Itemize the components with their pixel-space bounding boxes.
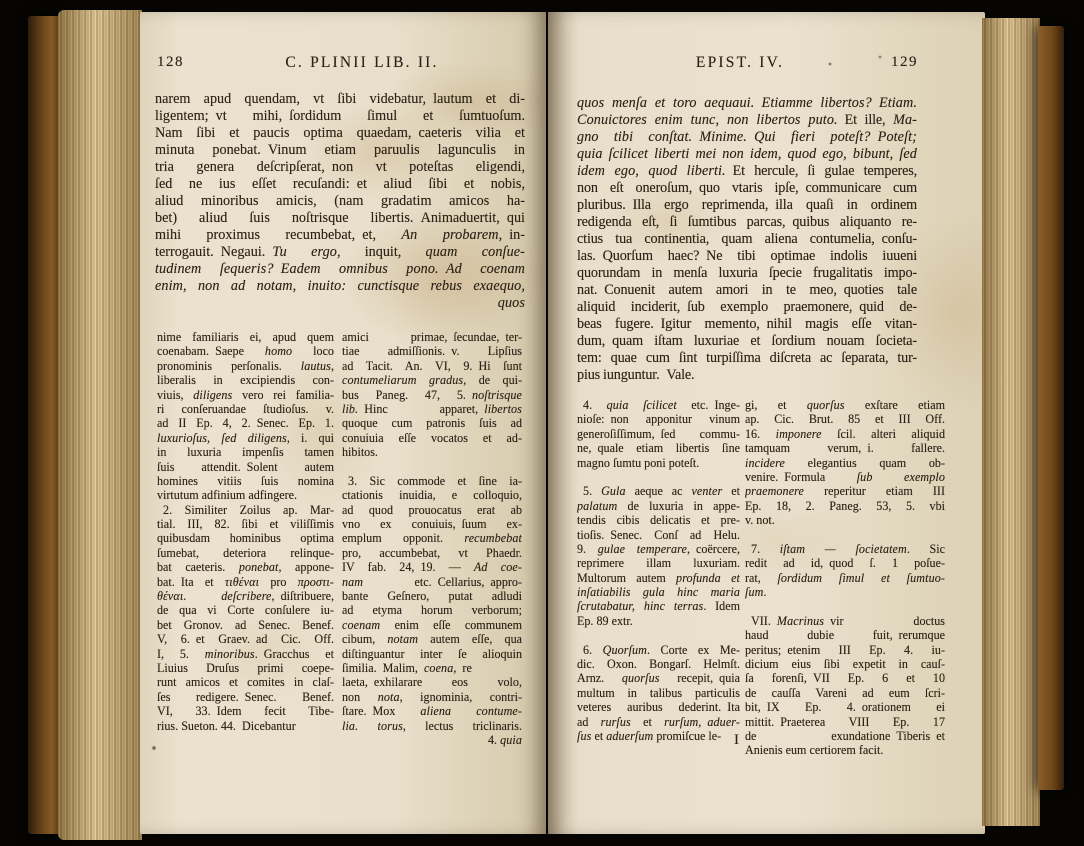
left-folio-number: 128 bbox=[157, 54, 184, 71]
text-line: praemonere reperitur etiam III bbox=[745, 484, 945, 498]
text-line: hibitos. bbox=[342, 445, 522, 459]
right-running-title: EPIST. IV. bbox=[696, 54, 784, 72]
text-line: 5. Gula aeque ac venter et bbox=[577, 484, 740, 498]
text-line: liberalis in excipiendis con- bbox=[157, 373, 334, 387]
text-line: ſa forenſi, VII Ep. 6 et 10 bbox=[745, 671, 945, 685]
text-line: redit ad id, quod ſ. 1 poſue- bbox=[745, 556, 945, 570]
text-line: ſumebat, deteriora relinque- bbox=[157, 546, 334, 560]
left-page-fore-edge bbox=[58, 10, 142, 840]
text-line: non nota, ignominia, contri- bbox=[342, 690, 522, 704]
text-line: homines vitiis ſuis nomina bbox=[157, 474, 334, 488]
text-line: incidere elegantius quam ob- bbox=[745, 456, 945, 470]
text-line: Nam ſibi et paucis optima quaedam, caete… bbox=[155, 125, 525, 142]
text-line: palatum de luxuria in appe- bbox=[577, 499, 740, 513]
text-line: beas fugere. Igitur memento, nihil magis… bbox=[577, 316, 917, 333]
text-line: nioſe: non apponitur vinum bbox=[577, 412, 740, 426]
text-line: quibusdam hominibus optima bbox=[157, 531, 334, 545]
text-line: rius. Sueton. 44. Dicebantur bbox=[157, 719, 334, 733]
text-line: lia. torus, lectus triclinaris. bbox=[342, 719, 522, 733]
text-line: de qua vi Corte conſulere iu- bbox=[157, 603, 334, 617]
text-line: Arnz. quorſus recepit, quia bbox=[577, 671, 740, 685]
text-line: nat. Conuenit autem amori in te meo, quo… bbox=[577, 282, 917, 299]
text-line: 7. iſtam — ſocietatem. Sic bbox=[745, 542, 945, 556]
text-line: 6. Quorſum. Corte ex Me- bbox=[577, 643, 740, 657]
text-line: VI, 33. Idem fecit Tibe- bbox=[157, 704, 334, 718]
left-running-title: C. PLINII LIB. II. bbox=[285, 54, 438, 72]
text-line: tioſis. Senec. Conſ ad Helu. bbox=[577, 528, 740, 542]
text-line: quia ſcilicet liberti mei non idem, quod… bbox=[577, 146, 917, 163]
text-line: peritus; etenim III Ep. 4. iu- bbox=[745, 643, 945, 657]
text-line: generoſiſſimum, ſed commu- bbox=[577, 427, 740, 441]
text-line: in luxuria impenſis tamen bbox=[157, 445, 334, 459]
right-main-text-block: quos menſa et toro aequaui. Etiamme libe… bbox=[577, 95, 917, 384]
text-line: vno ex conuiuis, ſuum ex- bbox=[342, 517, 522, 531]
text-line: amici primae, ſecundae, ter- bbox=[342, 330, 522, 344]
text-line: idem ego, quod liberti. Et hercule, ſi g… bbox=[577, 163, 917, 180]
text-line: coenam enim eſſe communem bbox=[342, 618, 522, 632]
text-line: ctius tua continentia, quam aliena contu… bbox=[577, 231, 917, 248]
text-line: runt amicos et comites in claſ- bbox=[157, 675, 334, 689]
text-line: 2. Similiter Zoilus ap. Mar- bbox=[157, 503, 334, 517]
text-line: tem: quae cum ſint turpiſſima diſcreta a… bbox=[577, 350, 917, 367]
left-notes-column-1: nime familiaris ei, apud quemcoenabam. S… bbox=[157, 330, 334, 733]
catchword-line: quos bbox=[155, 295, 525, 312]
text-line: enim, non ad notam, inuito: cunctisque r… bbox=[155, 278, 525, 295]
text-line: dum, quam iſtam luxuriae et ſordium noua… bbox=[577, 333, 917, 350]
text-line: inſatiabilis gula hinc maria bbox=[577, 585, 740, 599]
text-line: virtutum adfinium adfingere. bbox=[157, 488, 334, 502]
text-line: bus Paneg. 47, 5. noſtrisque bbox=[342, 388, 522, 402]
text-line: pius iunguntur. Vale. bbox=[577, 367, 917, 384]
text-line: ſimilia. Malim, coena, re bbox=[342, 661, 522, 675]
text-line: bit, IX Ep. 4. orationem ei bbox=[745, 700, 945, 714]
left-main-text-block: narem apud quendam, vt ſibi videbatur, l… bbox=[155, 91, 525, 312]
text-line: V, 6. et Graev. ad Cic. Off. bbox=[157, 632, 334, 646]
text-line: tudinem ſequeris? Eadem omnibus pono. Ad… bbox=[155, 261, 525, 278]
text-line: non eſt oneroſum, quo vtaris ipſe, commu… bbox=[577, 180, 917, 197]
text-line: Liuius Druſus primi coepe- bbox=[157, 661, 334, 675]
text-line: θέναι. deſcribere, diſtribuere, bbox=[157, 589, 334, 603]
text-line: gno tibi conſtat. Minime. Qui fieri pote… bbox=[577, 129, 917, 146]
text-line: venire. Formula ſub exemplo bbox=[745, 470, 945, 484]
text-line: contumeliarum gradus, de qui- bbox=[342, 373, 522, 387]
text-line: bat. Ita et τιθέναι pro προστι- bbox=[157, 575, 334, 589]
text-line: ligentem; vt mihi, ſordidum ſimul et ſum… bbox=[155, 108, 525, 125]
text-line: v. not. bbox=[745, 513, 945, 527]
text-line: de cauſſa Vareni ad eum ſcri- bbox=[745, 686, 945, 700]
text-line: 3. Sic commode et ſine ia- bbox=[342, 474, 522, 488]
right-notes-column-1: 4. quia ſcilicet etc. Inge-nioſe: non ap… bbox=[577, 398, 740, 743]
text-line: tiae admiſſionis. v. Lipſius bbox=[342, 344, 522, 358]
left-page: 128 C. PLINII LIB. II. narem apud quenda… bbox=[140, 12, 546, 834]
catchword-line: 4. quia bbox=[342, 733, 522, 747]
text-line: ap. Cic. Brut. 85 et III Off. bbox=[745, 412, 945, 426]
text-line: laeta, exhilarare eos volo, bbox=[342, 675, 522, 689]
text-line: VII. Macrinus vir doctus bbox=[745, 614, 945, 628]
text-line: Ep. 18, 2. Paneg. 53, 5. vbi bbox=[745, 499, 945, 513]
text-line: lib. Hinc apparet, libertos bbox=[342, 402, 522, 416]
text-line bbox=[577, 470, 740, 484]
text-line: coenabam. Saepe homo loco bbox=[157, 344, 334, 358]
text-line: multum in talibus particulis bbox=[577, 686, 740, 700]
text-line: 9. gulae temperare, coërcere, bbox=[577, 542, 740, 556]
text-line: tial. III, 82. ſibi et viliſſimis bbox=[157, 517, 334, 531]
text-line: viuis, diligens vero rei familia- bbox=[157, 388, 334, 402]
left-notes-column-2: amici primae, ſecundae, ter-tiae admiſſi… bbox=[342, 330, 522, 747]
text-line: IV fab. 24, 19. — Ad coe- bbox=[342, 560, 522, 574]
text-line: 16. imponere ſcil. alteri aliquid bbox=[745, 427, 945, 441]
text-line: ad rurſus et rurſum, aduer- bbox=[577, 715, 740, 729]
right-page: EPIST. IV. 129 quos menſa et toro aequau… bbox=[548, 12, 985, 834]
text-line: Multorum autem profunda et bbox=[577, 571, 740, 585]
text-line: magno ſumtu poni poteſt. bbox=[577, 456, 740, 470]
text-line: ſum. bbox=[745, 585, 945, 599]
text-line: veteres auribus dederint. Ita bbox=[577, 700, 740, 714]
text-line bbox=[342, 460, 522, 474]
text-line: tria genera deſcripſerat, non vt poteſta… bbox=[155, 159, 525, 176]
text-line: 4. quia ſcilicet etc. Inge- bbox=[577, 398, 740, 412]
text-line bbox=[577, 628, 740, 642]
text-line: narem apud quendam, vt ſibi videbatur, l… bbox=[155, 91, 525, 108]
text-line: reprimere illam luxuriam. bbox=[577, 556, 740, 570]
text-line: quorundam in menſa luxuria ſpecie frugal… bbox=[577, 265, 917, 282]
text-line: ad quod prouocatus erat ab bbox=[342, 503, 522, 517]
text-line: quos menſa et toro aequaui. Etiamme libe… bbox=[577, 95, 917, 112]
text-line: ſcrutabatur, hinc terras. Idem bbox=[577, 599, 740, 613]
text-line: mittit. Praeterea VIII Ep. 17 bbox=[745, 715, 945, 729]
text-line: bet Gronov. ad Senec. Benef. bbox=[157, 618, 334, 632]
text-line: de exundatione Tiberis et bbox=[745, 729, 945, 743]
text-line: dicium eius ſibi expetit in cauſ- bbox=[745, 657, 945, 671]
left-binding-board bbox=[28, 16, 62, 834]
text-line: luxurioſus, ſed diligens, i. qui bbox=[157, 431, 334, 445]
text-line: nime familiaris ei, apud quem bbox=[157, 330, 334, 344]
text-line: dic. Oxon. Bongarſ. Helmſt. bbox=[577, 657, 740, 671]
text-line: pluribus. Illa ergo reprimenda, illa qua… bbox=[577, 197, 917, 214]
text-line: ſus et aduerſum promiſcue le- bbox=[577, 729, 740, 743]
text-line: diſtinguantur inter ſe alioquin bbox=[342, 647, 522, 661]
text-line: ctationis inuidia, e colloquio, bbox=[342, 488, 522, 502]
text-line: ſuis attendit. Solent autem bbox=[157, 460, 334, 474]
right-folio-number: 129 bbox=[891, 54, 918, 71]
text-line: rat, ſordidum ſimul et ſumtuo- bbox=[745, 571, 945, 585]
text-line: minuta ponebat. Vinum etiam paruulis lag… bbox=[155, 142, 525, 159]
text-line: emplum opponit. recumbebat bbox=[342, 531, 522, 545]
right-page-fore-edge bbox=[982, 18, 1040, 826]
text-line: pro, accumbebat, vt Phaedr. bbox=[342, 546, 522, 560]
text-line: mihi proximus recumbebat, et, An probare… bbox=[155, 227, 525, 244]
text-line: terrogauit. Negaui. Tu ergo, inquit, qua… bbox=[155, 244, 525, 261]
photograph-background: { "palette": { "background": "#060504", … bbox=[0, 0, 1084, 846]
text-line: aliud minoribus amicis, (nam gradatim am… bbox=[155, 193, 525, 210]
text-line: Conuictores enim tunc, non libertos puto… bbox=[577, 112, 917, 129]
text-line: pronominis perſonalis. lautus, bbox=[157, 359, 334, 373]
text-line: bat caeteris. ponebat, appone- bbox=[157, 560, 334, 574]
right-notes-column-2: gi, et quorſus exſtare etiamap. Cic. Bru… bbox=[745, 398, 945, 758]
text-line: haud dubie fuit, rerumque bbox=[745, 628, 945, 642]
text-line: redigenda eſt, ſi ſumtibus parcas, quibu… bbox=[577, 214, 917, 231]
signature-mark: I bbox=[734, 732, 739, 749]
text-line: ſed ne ius eſſet recuſandi: et aliud ſib… bbox=[155, 176, 525, 193]
text-line: las. Quorſum haec? Ne tibi optimae indol… bbox=[577, 248, 917, 265]
text-line: ad Tacit. An. VI, 9. Hi ſunt bbox=[342, 359, 522, 373]
text-line bbox=[745, 528, 945, 542]
text-line: aliquid inciderit, ſub exemplo praemoner… bbox=[577, 299, 917, 316]
open-book: 128 C. PLINII LIB. II. narem apud quenda… bbox=[0, 0, 1084, 846]
text-line: cibum, notam autem eſſe, qua bbox=[342, 632, 522, 646]
text-line: bet) aliud ſuis noſtrisque libertis. Ani… bbox=[155, 210, 525, 227]
text-line: conuiuia eſſe vocatos et ad- bbox=[342, 431, 522, 445]
right-binding-board bbox=[1038, 26, 1064, 790]
text-line: I, 5. minoribus. Gracchus et bbox=[157, 647, 334, 661]
text-line: ri conſeruandae ſtudioſus. v. bbox=[157, 402, 334, 416]
text-line: gi, et quorſus exſtare etiam bbox=[745, 398, 945, 412]
text-line: ad II Ep. 4, 2. Senec. Ep. 1. bbox=[157, 416, 334, 430]
text-line: tamquam verum, i. fallere. bbox=[745, 441, 945, 455]
text-line: ſes redigere. Senec. Benef. bbox=[157, 690, 334, 704]
text-line: Anienis eum certiorem facit. bbox=[745, 743, 945, 757]
text-line: ſtare. Mox aliena contume- bbox=[342, 704, 522, 718]
text-line bbox=[745, 599, 945, 613]
text-line: Ep. 89 extr. bbox=[577, 614, 740, 628]
text-line: bante Geſnero, putat adludi bbox=[342, 589, 522, 603]
text-line: nam etc. Cellarius, appro- bbox=[342, 575, 522, 589]
text-line: ne, quale etiam libertis ſine bbox=[577, 441, 740, 455]
text-line: quoque cum patronis ſuis ad bbox=[342, 416, 522, 430]
text-line: ad etyma horum verborum; bbox=[342, 603, 522, 617]
text-line: tendis cibis delicatis et pre- bbox=[577, 513, 740, 527]
